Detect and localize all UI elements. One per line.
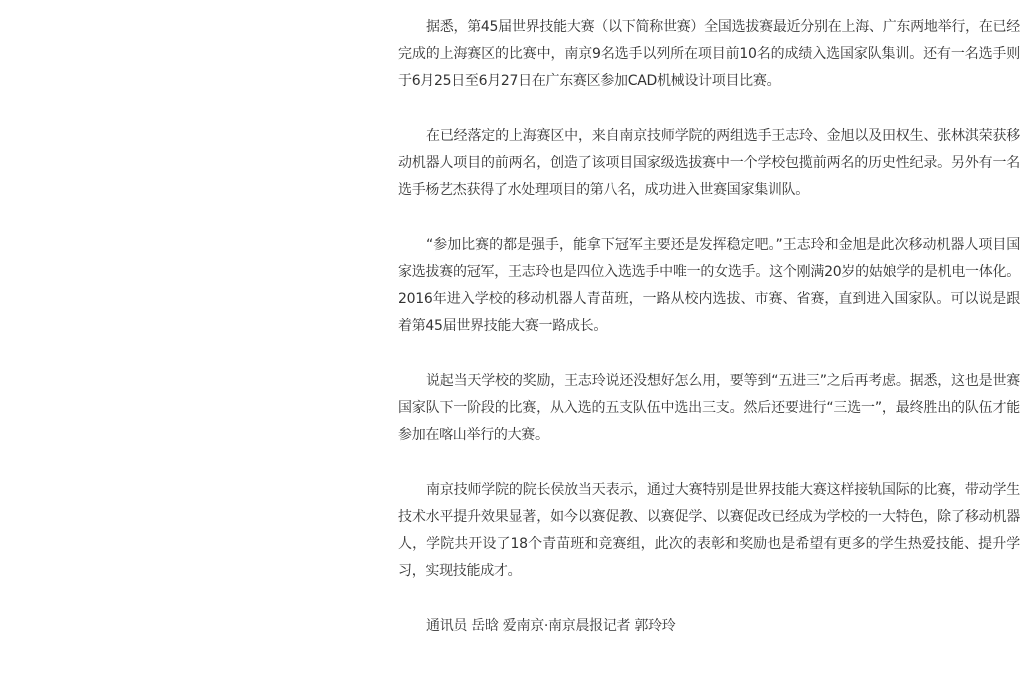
article-paragraph: 说起当天学校的奖励，王志玲说还没想好怎么用，要等到“五进三”之后再考虑。据悉，这… xyxy=(398,368,1020,449)
article-paragraph: 南京技师学院的院长侯放当天表示，通过大赛特别是世界技能大赛这样接轨国际的比赛，带… xyxy=(398,477,1020,585)
article-byline: 通讯员 岳晗 爱南京·南京晨报记者 郭玲玲 xyxy=(398,613,1020,640)
article-paragraph: “参加比赛的都是强手，能拿下冠军主要还是发挥稳定吧。”王志玲和金旭是此次移动机器… xyxy=(398,232,1020,340)
article-paragraph: 在已经落定的上海赛区中，来自南京技师学院的两组选手王志玲、金旭以及田权生、张林淇… xyxy=(398,123,1020,204)
article-paragraph: 据悉，第45届世界技能大赛（以下简称世赛）全国选拔赛最近分别在上海、广东两地举行… xyxy=(398,14,1020,95)
article-body: 据悉，第45届世界技能大赛（以下简称世赛）全国选拔赛最近分别在上海、广东两地举行… xyxy=(398,14,1020,668)
